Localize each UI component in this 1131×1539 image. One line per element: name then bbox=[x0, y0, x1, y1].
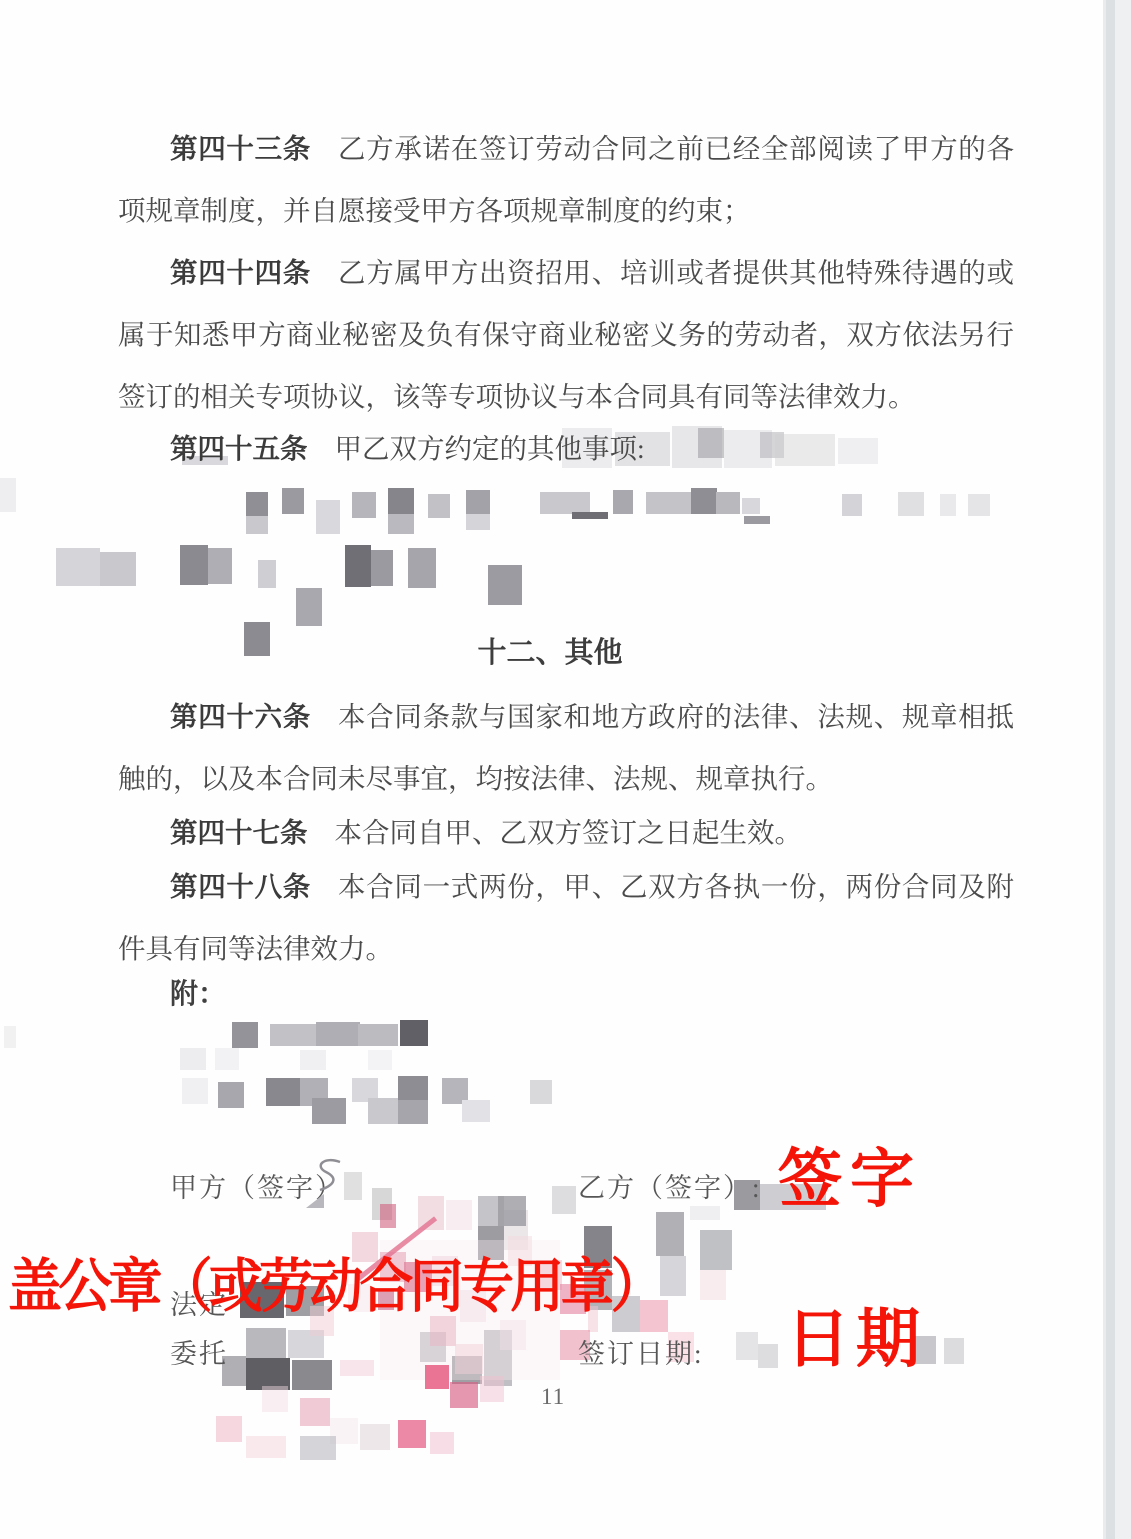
mosaic-block bbox=[270, 1024, 316, 1046]
mosaic-block bbox=[300, 1078, 328, 1106]
article-44-number: 第四十四条 bbox=[170, 257, 311, 288]
mosaic-block bbox=[258, 560, 276, 588]
article-44: 第四十四条乙方属甲方出资招用、培训或者提供其他特殊待遇的或属于知悉甲方商业秘密及… bbox=[118, 242, 1014, 428]
mosaic-block bbox=[216, 1416, 242, 1442]
mosaic-block bbox=[182, 1078, 208, 1104]
mosaic-block bbox=[744, 516, 770, 524]
mosaic-block bbox=[246, 1436, 286, 1458]
mosaic-block bbox=[246, 492, 268, 518]
party-b-signature-label: 乙方（签字）: bbox=[578, 1166, 762, 1205]
mosaic-block bbox=[345, 545, 371, 587]
mosaic-block bbox=[758, 1344, 778, 1368]
mosaic-block bbox=[360, 1424, 390, 1450]
mosaic-block bbox=[428, 494, 450, 518]
mosaic-block bbox=[450, 1382, 478, 1408]
mosaic-block bbox=[660, 1256, 686, 1296]
mosaic-block bbox=[215, 1048, 239, 1070]
mosaic-block bbox=[478, 1196, 504, 1226]
mosaic-block bbox=[180, 545, 208, 585]
mosaic-block bbox=[691, 488, 717, 514]
annotation-date-here: 日期 bbox=[786, 1307, 926, 1371]
article-48: 第四十八条本合同一式两份，甲、乙双方各执一份，两份合同及附件具有同等法律效力。 bbox=[118, 856, 1014, 980]
sign-date-label: 签订日期: bbox=[578, 1332, 704, 1371]
mosaic-block bbox=[352, 492, 376, 518]
page-number: 11 bbox=[541, 1384, 565, 1410]
mosaic-block bbox=[368, 1050, 392, 1070]
mosaic-block bbox=[56, 548, 100, 586]
mosaic-block bbox=[398, 1076, 428, 1104]
mosaic-block bbox=[371, 550, 393, 586]
mosaic-block bbox=[700, 1230, 732, 1270]
mosaic-block bbox=[316, 500, 340, 534]
article-46-number: 第四十六条 bbox=[170, 701, 311, 732]
mosaic-block bbox=[488, 565, 522, 605]
mosaic-block bbox=[572, 512, 608, 519]
mosaic-block bbox=[398, 1100, 428, 1124]
contract-page: 第四十三条乙方承诺在签订劳动合同之前已经全部阅读了甲方的各项规章制度，并自愿接受… bbox=[0, 0, 1131, 1539]
article-45-text: 甲乙双方约定的其他事项: bbox=[335, 433, 645, 464]
handwritten-mark bbox=[306, 1156, 354, 1212]
mosaic-block bbox=[232, 1022, 258, 1048]
page-edge-outer bbox=[1115, 0, 1131, 1539]
mosaic-block bbox=[398, 1420, 426, 1448]
mosaic-block bbox=[246, 1358, 290, 1390]
mosaic-block bbox=[940, 494, 956, 516]
mosaic-block bbox=[388, 488, 414, 516]
mosaic-block bbox=[742, 498, 760, 514]
mosaic-block bbox=[420, 1332, 446, 1362]
mosaic-block bbox=[736, 1332, 758, 1360]
mosaic-block bbox=[530, 1080, 552, 1104]
mosaic-block bbox=[388, 514, 414, 534]
mosaic-block bbox=[292, 1360, 332, 1390]
mosaic-block bbox=[455, 1344, 483, 1374]
mosaic-block bbox=[462, 1100, 490, 1122]
mosaic-block bbox=[358, 1024, 398, 1046]
mosaic-block bbox=[300, 1436, 336, 1460]
article-47-number: 第四十七条 bbox=[170, 817, 308, 848]
mosaic-block bbox=[266, 1078, 300, 1106]
mosaic-block bbox=[430, 1316, 456, 1346]
mosaic-block bbox=[368, 1098, 398, 1124]
mosaic-block bbox=[330, 1418, 358, 1444]
mosaic-block bbox=[340, 1360, 374, 1376]
mosaic-block bbox=[312, 1098, 346, 1124]
annotation-sign-here: 签字 bbox=[778, 1147, 922, 1211]
mosaic-block bbox=[716, 492, 740, 514]
annotation-stamp-note: 盖公章（或劳动合同专用章） bbox=[8, 1258, 661, 1316]
mosaic-block bbox=[425, 1365, 449, 1389]
mosaic-block bbox=[0, 478, 16, 512]
mosaic-block bbox=[466, 490, 490, 516]
page-edge-highlight bbox=[1103, 0, 1106, 1539]
mosaic-block bbox=[100, 552, 136, 586]
mosaic-block bbox=[944, 1338, 964, 1364]
article-45-number: 第四十五条 bbox=[170, 433, 308, 464]
mosaic-block bbox=[500, 1320, 526, 1350]
mosaic-block bbox=[504, 1210, 528, 1250]
attachment-label: 附： bbox=[170, 972, 226, 1012]
mosaic-block bbox=[452, 1356, 482, 1384]
mosaic-block bbox=[180, 1048, 206, 1070]
article-43-number: 第四十三条 bbox=[170, 133, 311, 164]
mosaic-block bbox=[262, 1386, 288, 1412]
mosaic-block bbox=[646, 492, 694, 514]
mosaic-block bbox=[690, 1206, 720, 1220]
mosaic-block bbox=[656, 1212, 684, 1256]
mosaic-block bbox=[408, 548, 436, 588]
mosaic-block bbox=[4, 1026, 16, 1048]
mosaic-block bbox=[246, 1328, 286, 1358]
mosaic-block bbox=[480, 1376, 504, 1402]
mosaic-block bbox=[552, 1186, 576, 1214]
mosaic-block bbox=[700, 1270, 726, 1300]
mosaic-block bbox=[208, 548, 232, 584]
mosaic-block bbox=[316, 1022, 360, 1046]
page-edge-shadow bbox=[1106, 0, 1115, 1539]
mosaic-block bbox=[300, 1050, 326, 1070]
mosaic-block bbox=[218, 1082, 244, 1108]
mosaic-block bbox=[484, 1330, 512, 1386]
article-47: 第四十七条本合同自甲、乙双方签订之日起生效。 bbox=[118, 802, 1014, 864]
mosaic-block bbox=[380, 1204, 396, 1228]
mosaic-block bbox=[372, 1188, 392, 1220]
mosaic-block bbox=[288, 1330, 324, 1358]
mosaic-block bbox=[968, 494, 990, 516]
article-43: 第四十三条乙方承诺在签订劳动合同之前已经全部阅读了甲方的各项规章制度，并自愿接受… bbox=[118, 118, 1014, 242]
section-heading: 十二、其他 bbox=[118, 630, 982, 671]
mosaic-block bbox=[442, 1078, 468, 1104]
article-46: 第四十六条本合同条款与国家和地方政府的法律、法规、规章相抵触的，以及本合同未尽事… bbox=[118, 686, 1014, 810]
mosaic-block bbox=[430, 1432, 454, 1454]
mosaic-block bbox=[300, 1398, 330, 1426]
mosaic-block bbox=[540, 492, 590, 514]
mosaic-block bbox=[296, 588, 322, 626]
mosaic-block bbox=[466, 514, 490, 530]
mosaic-block bbox=[446, 1200, 472, 1230]
article-47-text: 本合同自甲、乙双方签订之日起生效。 bbox=[335, 817, 803, 848]
mosaic-block bbox=[352, 1078, 378, 1102]
mosaic-block bbox=[282, 488, 304, 514]
mosaic-block bbox=[246, 516, 268, 534]
mosaic-block bbox=[898, 492, 924, 516]
article-48-number: 第四十八条 bbox=[170, 871, 311, 902]
mosaic-block bbox=[842, 494, 862, 516]
mosaic-block bbox=[613, 490, 633, 514]
mosaic-block bbox=[400, 1020, 428, 1046]
article-45: 第四十五条甲乙双方约定的其他事项: bbox=[118, 418, 1014, 480]
mosaic-block bbox=[498, 1196, 526, 1226]
entrust-fragment: 委托 bbox=[170, 1332, 228, 1371]
